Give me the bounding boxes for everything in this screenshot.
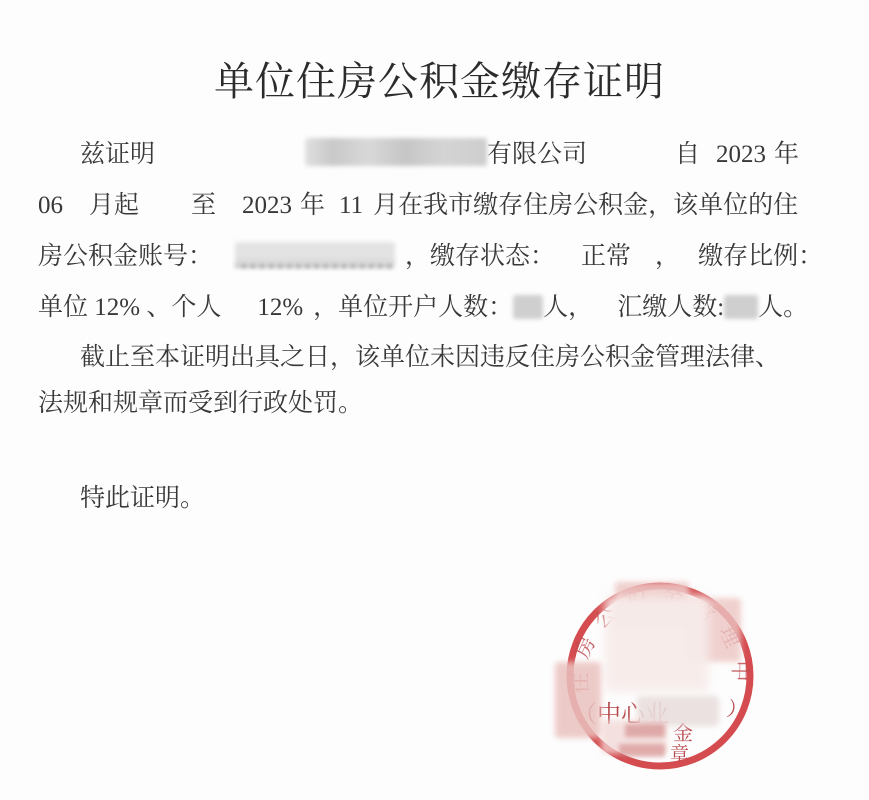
text-run: 正常 (581, 240, 631, 274)
blank-gap (631, 262, 655, 264)
certificate-document: 单位住房公积金缴存证明 兹证明有限公司自2023年06月起至2023年11月在我… (0, 0, 869, 800)
text-run: ， (655, 240, 680, 274)
text-run: 单位 12% 、个人 (38, 291, 221, 325)
redacted-blur-account-digits (235, 242, 395, 268)
text-run: 年 (774, 138, 799, 172)
text-run: 2023 (716, 138, 766, 172)
blank-gap (363, 211, 373, 213)
text-run: 截止至本证明出具之日，该单位未因违反住房公积金管理法律、 (80, 341, 780, 375)
mosaic-blur-patch (605, 596, 709, 692)
blank-gap (216, 211, 242, 213)
text-run: 特此证明。 (80, 482, 205, 516)
text-run: 06 (38, 189, 63, 223)
document-title: 单位住房公积金缴存证明 (0, 50, 869, 107)
body-line-4: 单位 12% 、个人12%，单位开户人数：人，汇缴人数:人。 (38, 291, 849, 327)
blank-gap (139, 211, 191, 213)
seal-close-paren: ） (725, 698, 749, 724)
text-run: 法规和规章而受到行政处罚。 (38, 387, 363, 421)
text-run: 12% (257, 291, 303, 325)
blurred-seal-strokes (619, 744, 665, 757)
blank-gap (303, 313, 313, 315)
text-run: 人。 (758, 291, 808, 325)
redacted-blur-remit-count (724, 295, 758, 319)
text-run: 人， (543, 291, 593, 325)
text-run: 2023 (242, 189, 292, 223)
body-line-1: 兹证明有限公司自2023年 (38, 138, 849, 174)
blank-gap (680, 262, 698, 264)
body-line-7: 特此证明。 (38, 482, 849, 518)
text-run: ，单位开户人数： (313, 291, 513, 325)
text-run: 缴存比例： (698, 240, 823, 274)
blank-gap (63, 211, 89, 213)
blank-gap (325, 211, 339, 213)
redacted-blur-company (305, 138, 487, 166)
body-line-2: 06月起至2023年11月在我市缴存住房公积金，该单位的住 (38, 189, 849, 225)
blank-gap (700, 160, 716, 162)
blurred-seal-strokes (625, 724, 665, 737)
text-run: 年 (300, 189, 325, 223)
blank-gap (38, 160, 80, 162)
text-run: 兹证明 (80, 138, 155, 172)
text-run: 房公积金账号： (38, 240, 213, 274)
text-run: 月在我市缴存住房公积金，该单位的住 (373, 189, 798, 223)
blank-gap (155, 160, 305, 162)
blank-gap (587, 160, 675, 162)
seal-zhang-char: 章 (670, 743, 689, 765)
blank-gap (593, 313, 617, 315)
blank-gap (38, 504, 80, 506)
text-run: 汇缴人数: (617, 291, 724, 325)
blank-gap (221, 313, 257, 315)
body-line-5: 截止至本证明出具之日，该单位未因违反住房公积金管理法律、 (38, 341, 849, 377)
blank-gap (38, 363, 80, 365)
body-line-6: 法规和规章而受到行政处罚。 (38, 387, 849, 423)
mosaic-blur-patch (555, 662, 601, 738)
blank-gap (555, 262, 581, 264)
blank-gap (766, 160, 774, 162)
blank-gap (395, 262, 405, 264)
redacted-blur-open-count (513, 295, 543, 319)
text-run: 11 (339, 189, 363, 223)
blank-gap (213, 262, 235, 264)
text-run: 月起 (89, 189, 139, 223)
text-run: 至 (191, 189, 216, 223)
text-run: 有限公司 (487, 138, 587, 172)
text-run: ，缴存状态： (405, 240, 555, 274)
blank-gap (292, 211, 300, 213)
text-run: 自 (675, 138, 700, 172)
official-round-seal: 住房公积金管理中心 （中心业 ） 金 章 (553, 570, 767, 794)
body-line-3: 房公积金账号：，缴存状态：正常，缴存比例： (38, 240, 849, 276)
